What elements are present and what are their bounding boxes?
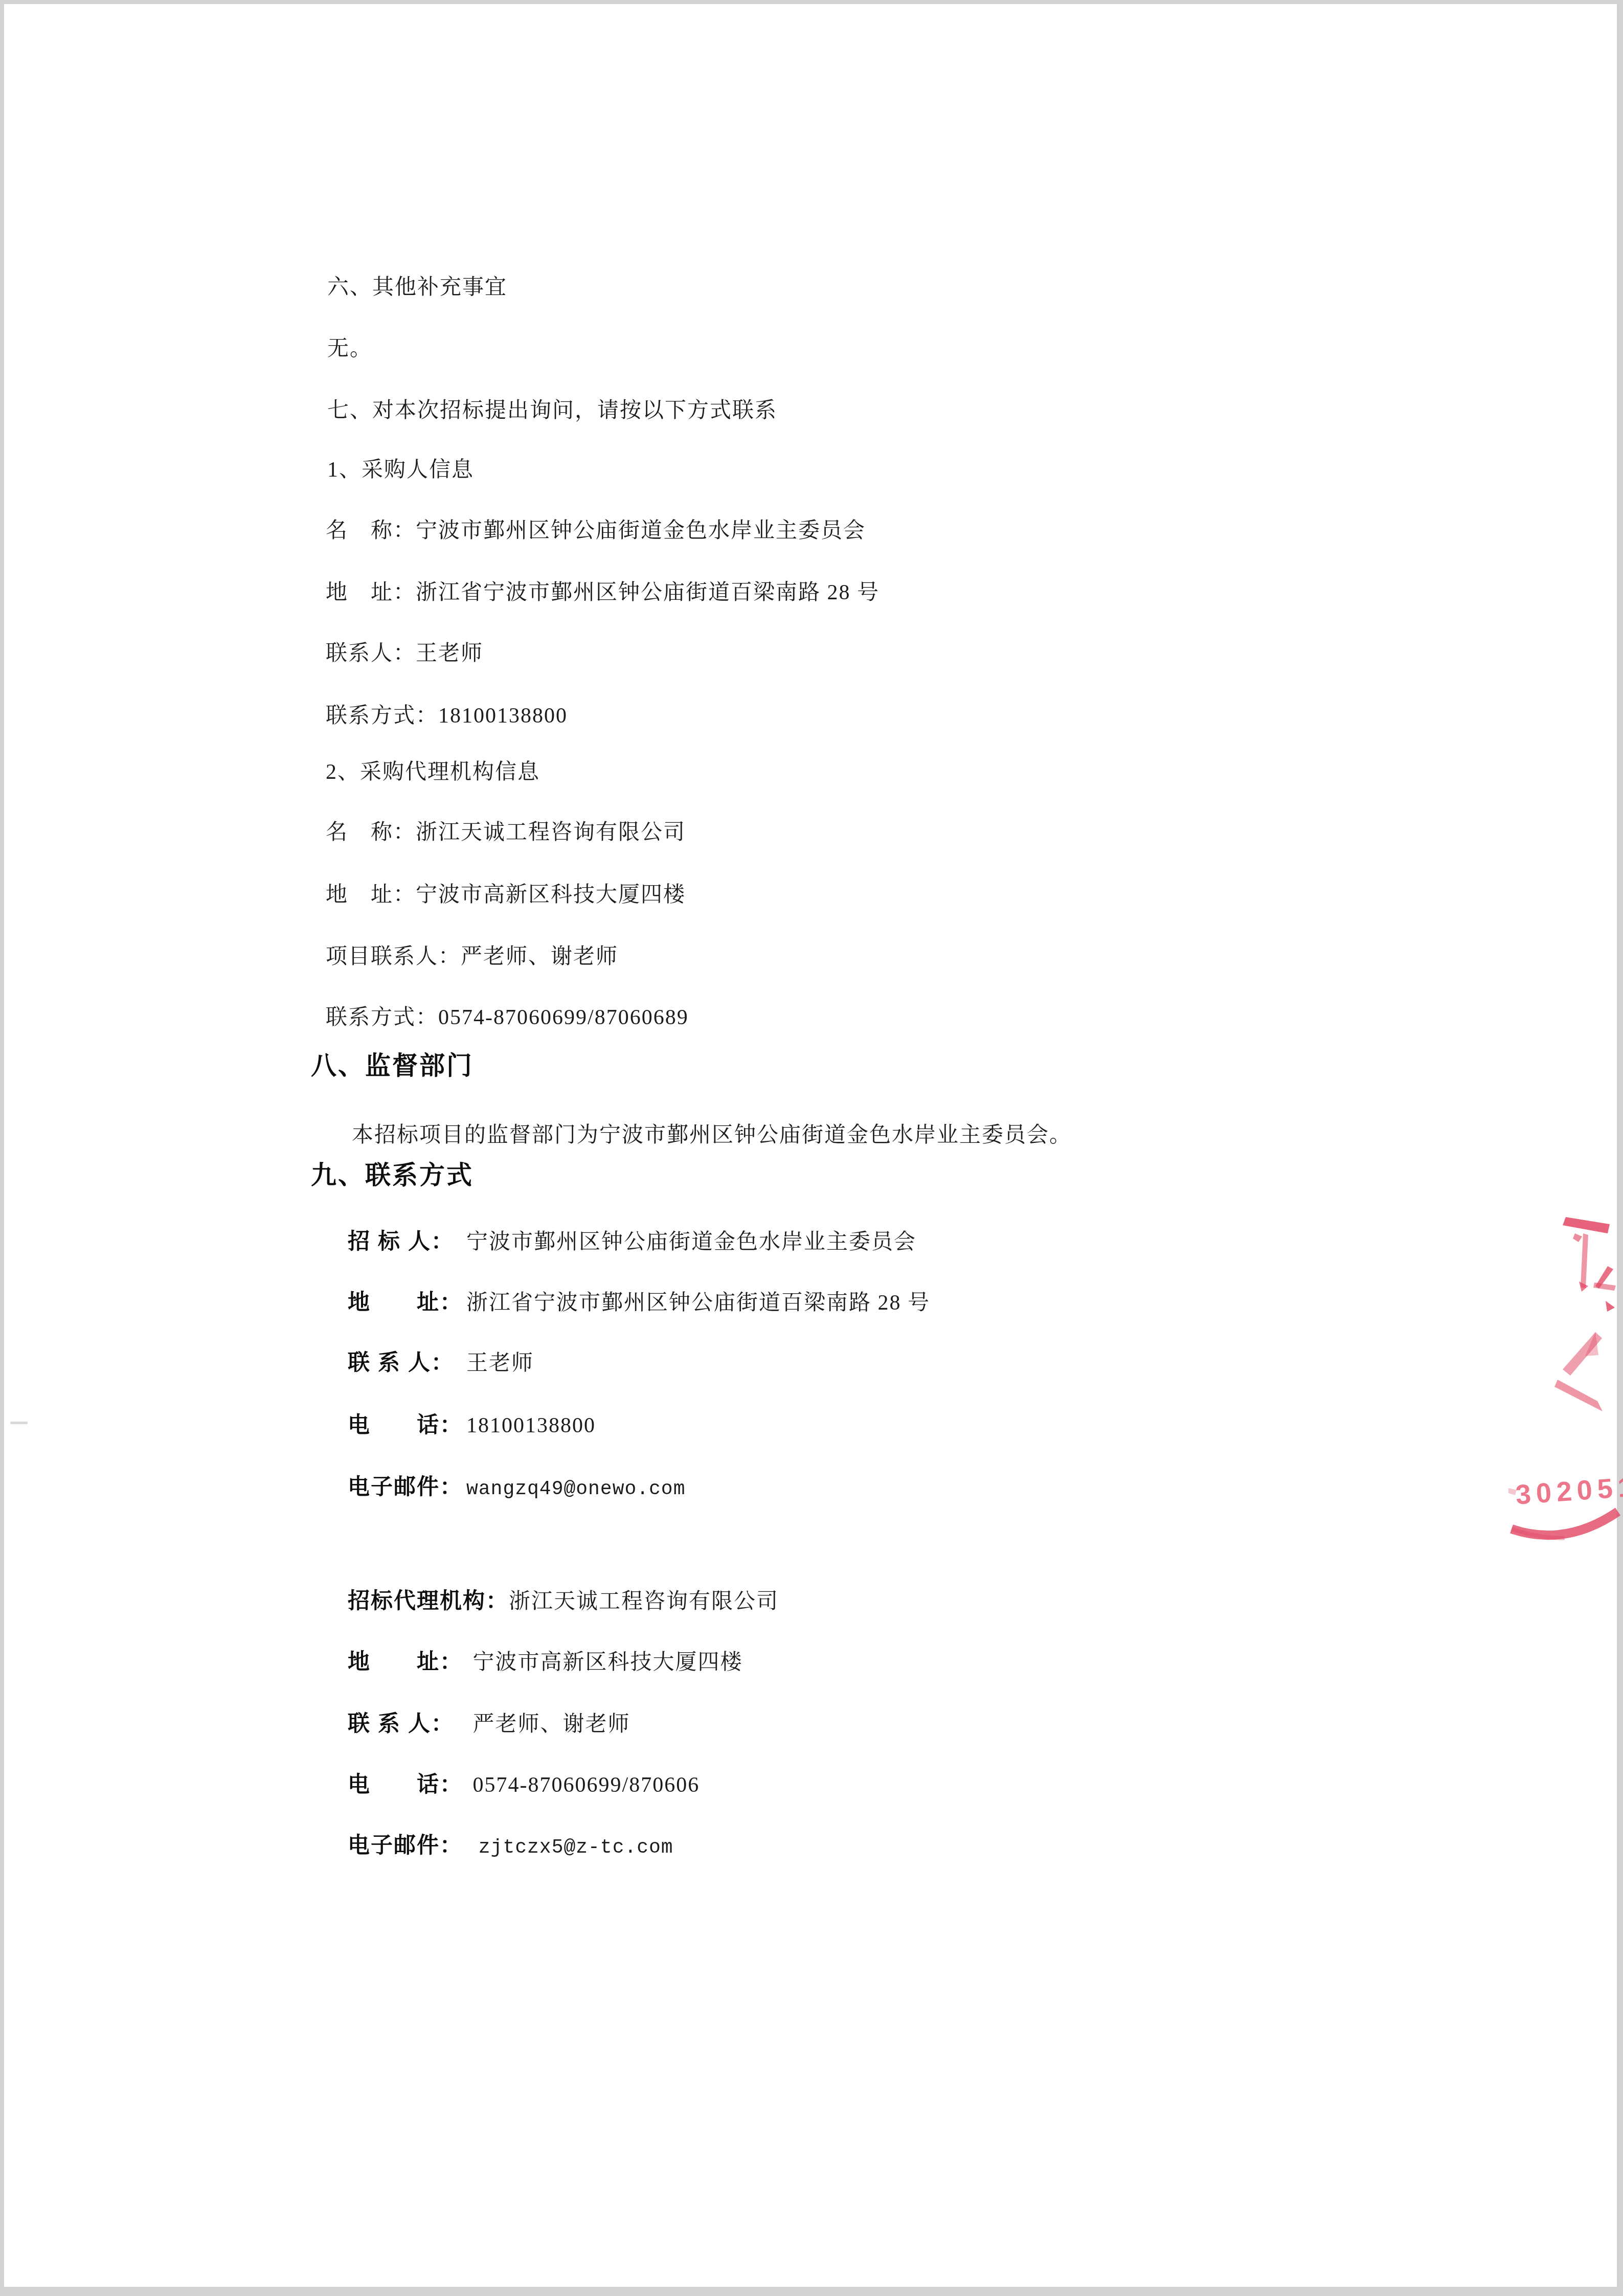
agent-org-label: 招标代理机构： [348,1588,509,1614]
purchaser-info-title: 1、采购人信息 [327,458,474,483]
agency-name-line: 名 称：浙江天诚工程咨询有限公司 [326,820,686,846]
agent-email-value: zjtczx5@z-tc.com [466,1837,673,1859]
agent-address-label: 地 址： [348,1649,466,1675]
section6-body: 无。 [327,336,372,362]
agent-org-value: 浙江天诚工程咨询有限公司 [509,1590,779,1613]
section7-heading: 七、对本次招标提出询问，请按以下方式联系 [327,398,777,424]
purchaser-contact-line: 联系人：王老师 [326,641,483,667]
section8-body: 本招标项目的监督部门为宁波市鄞州区钟公庙街道金色水岸业主委员会。 [352,1123,1072,1149]
agent-phone-label: 电 话： [348,1772,466,1798]
agent-phone-row: 电 话： 0574-87060699/870606 [348,1772,700,1798]
agent-email-row: 电子邮件： zjtczx5@z-tc.com [348,1833,673,1860]
agent-contact-label: 联 系 人： [348,1711,466,1737]
section8-heading: 八、监督部门 [311,1051,474,1081]
tenderer-address-row: 地 址：浙江省宁波市鄞州区钟公庙街道百梁南路 28 号 [348,1290,930,1316]
tenderer-contact-value: 王老师 [466,1352,534,1375]
tenderer-contact-row: 联 系 人：王老师 [348,1350,534,1377]
tenderer-phone-label: 电 话： [348,1412,466,1438]
agency-info-title: 2、采购代理机构信息 [326,760,540,785]
agency-address-line: 地 址：宁波市高新区科技大厦四楼 [326,883,686,908]
agent-email-label: 电子邮件： [348,1833,466,1859]
purchaser-name-line: 名 称：宁波市鄞州区钟公庙街道金色水岸业主委员会 [326,519,866,544]
tenderer-name-label: 招 标 人： [348,1229,466,1255]
tenderer-email-label: 电子邮件： [348,1474,466,1500]
purchaser-address-line: 地 址：浙江省宁波市鄞州区钟公庙街道百梁南路 28 号 [326,580,880,606]
section9-heading: 九、联系方式 [311,1160,474,1190]
scan-artifact-dash [10,1422,28,1424]
tenderer-name-row: 招 标 人：宁波市鄞州区钟公庙街道金色水岸业主委员会 [348,1229,916,1255]
agent-contact-row: 联 系 人： 严老师、谢老师 [348,1711,630,1738]
tenderer-email-value: wangzq49@onewo.com [466,1478,685,1500]
tenderer-address-value: 浙江省宁波市鄞州区钟公庙街道百梁南路 28 号 [466,1291,930,1315]
tenderer-name-value: 宁波市鄞州区钟公庙街道金色水岸业主委员会 [466,1230,916,1254]
agent-address-value: 宁波市高新区科技大厦四楼 [466,1651,743,1674]
red-seal-strokes-icon: 302051 [1508,1202,1623,1560]
tenderer-phone-value: 18100138800 [466,1414,596,1437]
agent-address-row: 地 址： 宁波市高新区科技大厦四楼 [348,1649,743,1676]
agent-phone-value: 0574-87060699/870606 [466,1773,700,1797]
seal-serial-number: 302051 [1515,1471,1623,1511]
section6-heading: 六、其他补充事宜 [327,275,507,301]
scanned-document-page: { "colors": { "scan_background": "#d2d2d… [0,0,1623,2296]
agent-contact-value: 严老师、谢老师 [466,1713,630,1736]
tenderer-email-row: 电子邮件：wangzq49@onewo.com [348,1474,685,1501]
agent-org-row: 招标代理机构：浙江天诚工程咨询有限公司 [348,1588,779,1615]
tenderer-contact-label: 联 系 人： [348,1350,466,1376]
purchaser-phone-line: 联系方式：18100138800 [326,704,568,729]
tenderer-phone-row: 电 话：18100138800 [348,1412,596,1439]
tenderer-address-label: 地 址： [348,1290,466,1316]
agency-contact-line: 项目联系人：严老师、谢老师 [326,944,618,970]
red-seal-fragment: 302051 [1508,1202,1623,1560]
agency-phone-line: 联系方式：0574-87060699/87060689 [326,1005,689,1031]
